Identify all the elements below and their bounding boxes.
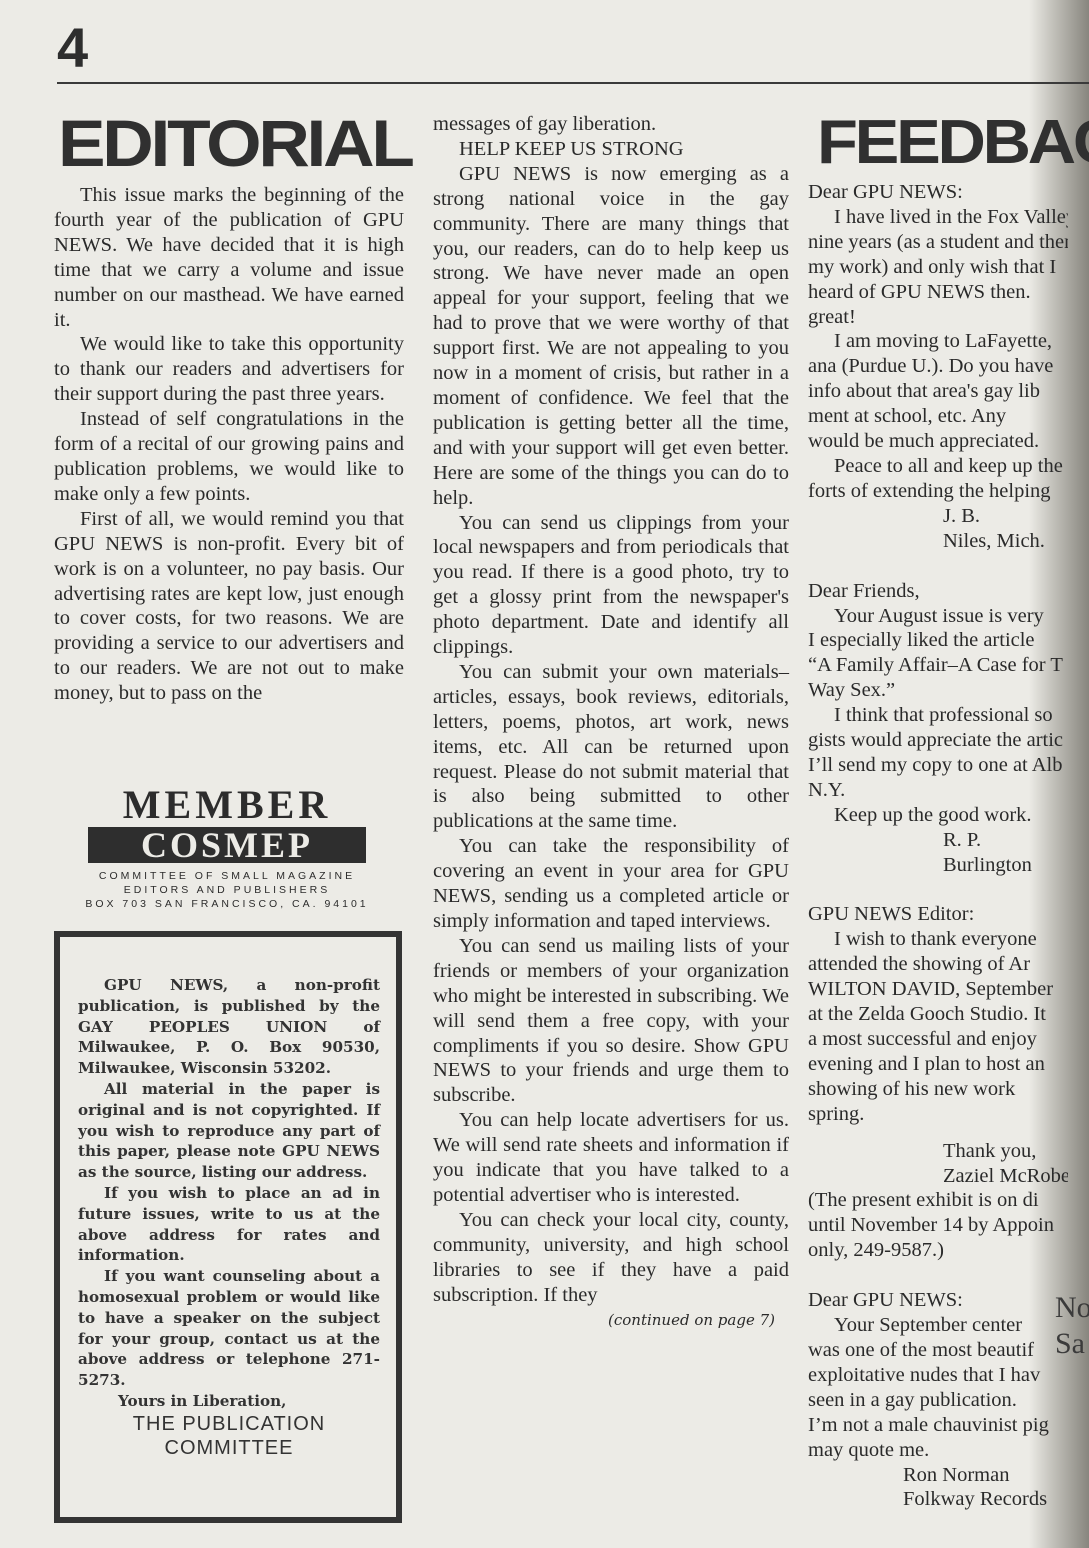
page-number: 4: [57, 20, 88, 76]
letter-line: ana (Purdue U.). Do you have: [808, 354, 1068, 379]
publication-info-box: GPU NEWS, a non-profit publication, is p…: [54, 931, 402, 1523]
letter-line: gists would appreciate the artic: [808, 728, 1068, 753]
editorial-column-2: messages of gay liberation. HELP KEEP US…: [433, 112, 789, 1332]
letter-line: I especially liked the article: [808, 628, 1068, 653]
letter-line: showing of his new work: [808, 1077, 1068, 1102]
cosmep-line-3: BOX 703 SAN FRANCISCO, CA. 94101: [57, 897, 397, 911]
letter-line: I’m not a male chauvinist pig: [808, 1413, 1068, 1438]
letter-line: I wish to thank everyone: [808, 927, 1068, 952]
committee-signature-2: COMMITTEE: [78, 1436, 380, 1460]
letter-line: my work) and only wish that I: [808, 255, 1068, 280]
editorial-paragraph: You can take the responsibility of cover…: [433, 834, 789, 934]
letter-closing: Thank you,: [808, 1139, 1068, 1164]
header-rule: [57, 82, 1089, 84]
letter-line: Your August issue is very: [808, 604, 1068, 629]
letter-signature-location: Niles, Mich.: [808, 529, 1068, 554]
editorial-paragraph: We would like to take this opportunity t…: [54, 332, 404, 407]
info-paragraph: If you want counseling about a homosexua…: [78, 1266, 380, 1391]
info-closing: Yours in Liberation,: [78, 1391, 380, 1412]
letter-line: attended the showing of Ar: [808, 952, 1068, 977]
letter-salutation: GPU NEWS Editor:: [808, 902, 1068, 927]
letter-line: I think that professional so: [808, 703, 1068, 728]
facing-page-text: Sa: [1055, 1326, 1089, 1362]
letter-line: I have lived in the Fox Valley: [808, 205, 1068, 230]
letter-line: info about that area's gay lib: [808, 379, 1068, 404]
info-paragraph: All material in the paper is original an…: [78, 1079, 380, 1183]
letter-line: Your September center: [808, 1313, 1068, 1338]
letter-salutation: Dear GPU NEWS:: [808, 1288, 1068, 1313]
editorial-subhead: HELP KEEP US STRONG: [433, 137, 789, 162]
letter-line: exploitative nudes that I hav: [808, 1363, 1068, 1388]
editorial-paragraph: You can check your local city, county, c…: [433, 1208, 789, 1308]
letter-line: a most successful and enjoy: [808, 1027, 1068, 1052]
editorial-paragraph: This issue marks the beginning of the fo…: [54, 183, 404, 332]
letter-line: evening and I plan to host an: [808, 1052, 1068, 1077]
editorial-lead: messages of gay liberation.: [433, 112, 789, 137]
editorial-column-1: This issue marks the beginning of the fo…: [54, 183, 404, 706]
letter-line: I’ll send my copy to one at Alb: [808, 753, 1068, 778]
editorial-paragraph: First of all, we would remind you that G…: [54, 507, 404, 706]
editorial-heading: EDITORIAL: [58, 110, 412, 176]
letter-line: heard of GPU NEWS then.: [808, 280, 1068, 305]
editorial-paragraph: You can send us mailing lists of your fr…: [433, 934, 789, 1108]
letter-line: at the Zelda Gooch Studio. It: [808, 1002, 1068, 1027]
letter-line: I am moving to LaFayette,: [808, 329, 1068, 354]
cosmep-logo: COSMEP: [88, 827, 366, 863]
facing-page-fragment: No Sa: [1055, 1290, 1089, 1362]
cosmep-member-badge: MEMBER COSMEP COMMITTEE OF SMALL MAGAZIN…: [57, 785, 397, 911]
editor-note-line: only, 249-9587.): [808, 1238, 1068, 1263]
editorial-paragraph: Instead of self congratulations in the f…: [54, 407, 404, 507]
letter-signature-location: Folkway Records: [808, 1487, 1068, 1512]
editor-note-line: (The present exhibit is on di: [808, 1188, 1068, 1213]
letter-line: Way Sex.”: [808, 678, 1068, 703]
letter-line: was one of the most beautif: [808, 1338, 1068, 1363]
letter-line: spring.: [808, 1102, 1068, 1127]
letter-signature: Zaziel McRobe: [808, 1164, 1068, 1189]
letter-line: “A Family Affair–A Case for T: [808, 653, 1068, 678]
letter-signature: J. B.: [808, 504, 1068, 529]
feedback-heading: FEEDBACK: [817, 112, 1089, 174]
letter-line: nine years (as a student and then: [808, 230, 1068, 255]
letter-line: ment at school, etc. Any: [808, 404, 1068, 429]
letter-line: WILTON DAVID, September: [808, 977, 1068, 1002]
letter-signature-location: Burlington: [808, 853, 1068, 878]
editorial-paragraph: You can send us clippings from your loca…: [433, 511, 789, 660]
letter-line: Keep up the good work.: [808, 803, 1068, 828]
letter-line: forts of extending the helping: [808, 479, 1068, 504]
continued-notice: (continued on page 7): [433, 1308, 789, 1333]
letter-line: would be much appreciated.: [808, 429, 1068, 454]
editor-note-line: until November 14 by Appoin: [808, 1213, 1068, 1238]
letter-line: seen in a gay publication.: [808, 1388, 1068, 1413]
letter-signature: Ron Norman: [808, 1463, 1068, 1488]
editorial-paragraph: GPU NEWS is now emerging as a strong nat…: [433, 162, 789, 511]
facing-page-text: No: [1055, 1290, 1089, 1326]
committee-signature-1: THE PUBLICATION: [78, 1412, 380, 1436]
editorial-paragraph: You can submit your own materials–articl…: [433, 660, 789, 834]
letter-line: great!: [808, 305, 1068, 330]
member-label: MEMBER: [57, 785, 397, 825]
letter-line: N.Y.: [808, 778, 1068, 803]
letter-line: Peace to all and keep up the: [808, 454, 1068, 479]
info-paragraph: If you wish to place an ad in future iss…: [78, 1183, 380, 1266]
letter-salutation: Dear Friends,: [808, 579, 1068, 604]
letter-signature: R. P.: [808, 828, 1068, 853]
feedback-column: Dear GPU NEWS: I have lived in the Fox V…: [808, 180, 1068, 1512]
letter-salutation: Dear GPU NEWS:: [808, 180, 1068, 205]
info-paragraph: GPU NEWS, a non-profit publication, is p…: [78, 975, 380, 1079]
editorial-paragraph: You can help locate advertisers for us. …: [433, 1108, 789, 1208]
letter-line: may quote me.: [808, 1438, 1068, 1463]
cosmep-line-2: EDITORS AND PUBLISHERS: [57, 883, 397, 897]
cosmep-line-1: COMMITTEE OF SMALL MAGAZINE: [57, 869, 397, 883]
